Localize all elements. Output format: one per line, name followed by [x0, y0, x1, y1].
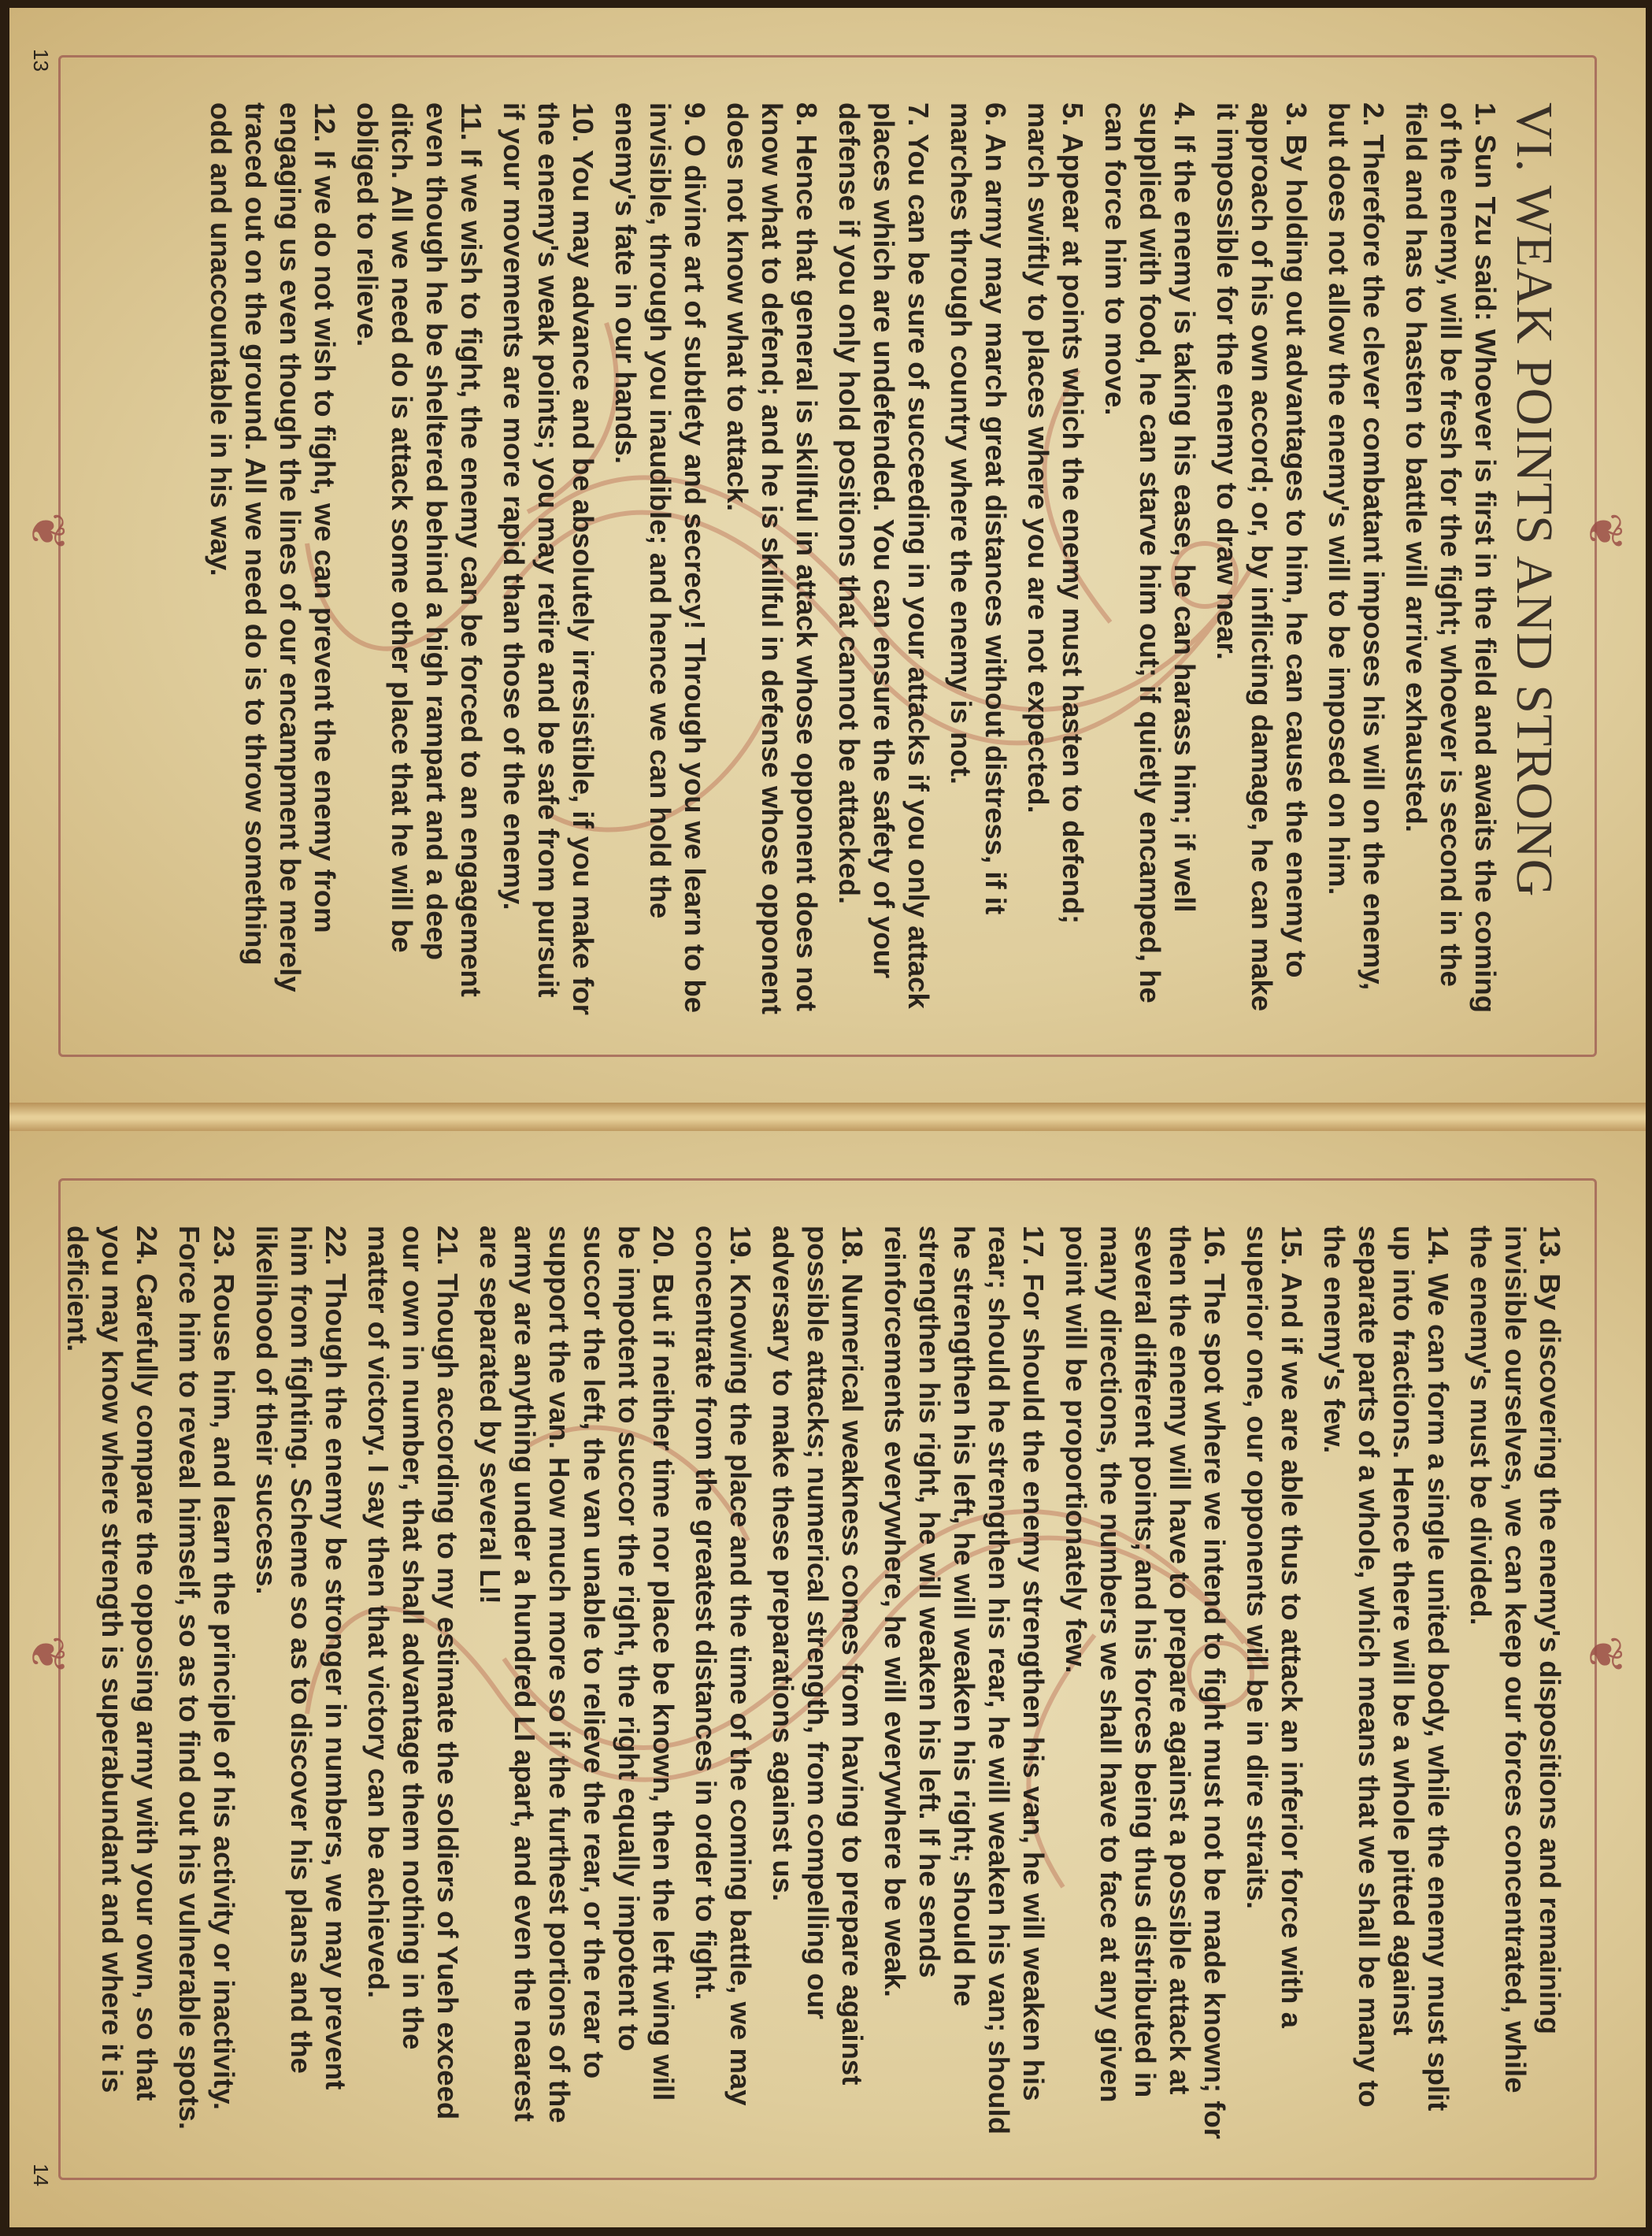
paragraph: 23. Rouse him, and learn the principle o… [172, 1226, 241, 2141]
paragraph: 16. The spot where we intend to fight mu… [1058, 1226, 1232, 2141]
paragraph: 2. Therefore the clever combatant impose… [1321, 102, 1391, 1018]
paragraph: 21. Though according to my estimate the … [361, 1226, 465, 2141]
page-content: VI. WEAK POINTS AND STRONG 1. Sun Tzu sa… [96, 102, 1551, 1018]
paragraph: 10. You may advance and be absolutely ir… [496, 102, 600, 1018]
paragraph: 15. And if we are able thus to attack an… [1239, 1226, 1309, 2141]
paragraph: 18. Numerical weakness comes from having… [765, 1226, 869, 2141]
book-gutter [9, 1103, 1646, 1133]
page-number: 13 [28, 49, 53, 72]
paragraph: 6. An army may march great distances wit… [943, 102, 1013, 1018]
paragraph: 12. If we do not wish to fight, we can p… [203, 102, 342, 1018]
chapter-title: VI. WEAK POINTS AND STRONG [1517, 102, 1551, 1018]
paragraph: 7. You can be sure of succeeding in your… [832, 102, 935, 1018]
fleuron-icon: ❦ [1581, 512, 1628, 551]
page-content: 13. By discovering the enemy's dispositi… [96, 1226, 1567, 2141]
paragraph: 24. Carefully compare the opposing army … [60, 1226, 164, 2141]
fleuron-icon: ❦ [24, 512, 71, 551]
paragraph: 20. But if neither time nor place be kno… [472, 1226, 680, 2141]
right-page: ❦ ❦ 13. By discovering the enemy's dispo… [9, 1131, 1646, 2227]
paragraph: 8. Hence that general is skillful in att… [720, 102, 824, 1018]
paragraph: 4. If the enemy is taking his ease, he c… [1098, 102, 1202, 1018]
page-number: 14 [28, 2164, 53, 2186]
paragraph: 3. By holding out advantages to him, he … [1209, 102, 1313, 1018]
paragraph: 17. For should the enemy strengthen his … [877, 1226, 1050, 2141]
paragraph: 5. Appear at points which the enemy must… [1020, 102, 1090, 1018]
paragraph: 11. If we wish to fight, the enemy can b… [350, 102, 488, 1018]
paragraph: 19. Knowing the place and the time of th… [688, 1226, 757, 2141]
paragraph: 22. Though the enemy be stronger in numb… [249, 1226, 353, 2141]
book-spread: ❦ ❦ VI. WEAK POINTS AND STRONG 1. Sun Tz… [0, 0, 1652, 2236]
paragraph: 9. O divine art of subtlety and secrecy!… [608, 102, 712, 1018]
paragraph: 1. Sun Tzu said: Whoever is first in the… [1398, 102, 1502, 1018]
left-page: ❦ ❦ VI. WEAK POINTS AND STRONG 1. Sun Tz… [9, 8, 1646, 1104]
fleuron-icon: ❦ [1581, 1635, 1628, 1674]
paragraph: 13. By discovering the enemy's dispositi… [1463, 1226, 1567, 2141]
paragraph: 14. We can form a single united body, wh… [1317, 1226, 1455, 2141]
